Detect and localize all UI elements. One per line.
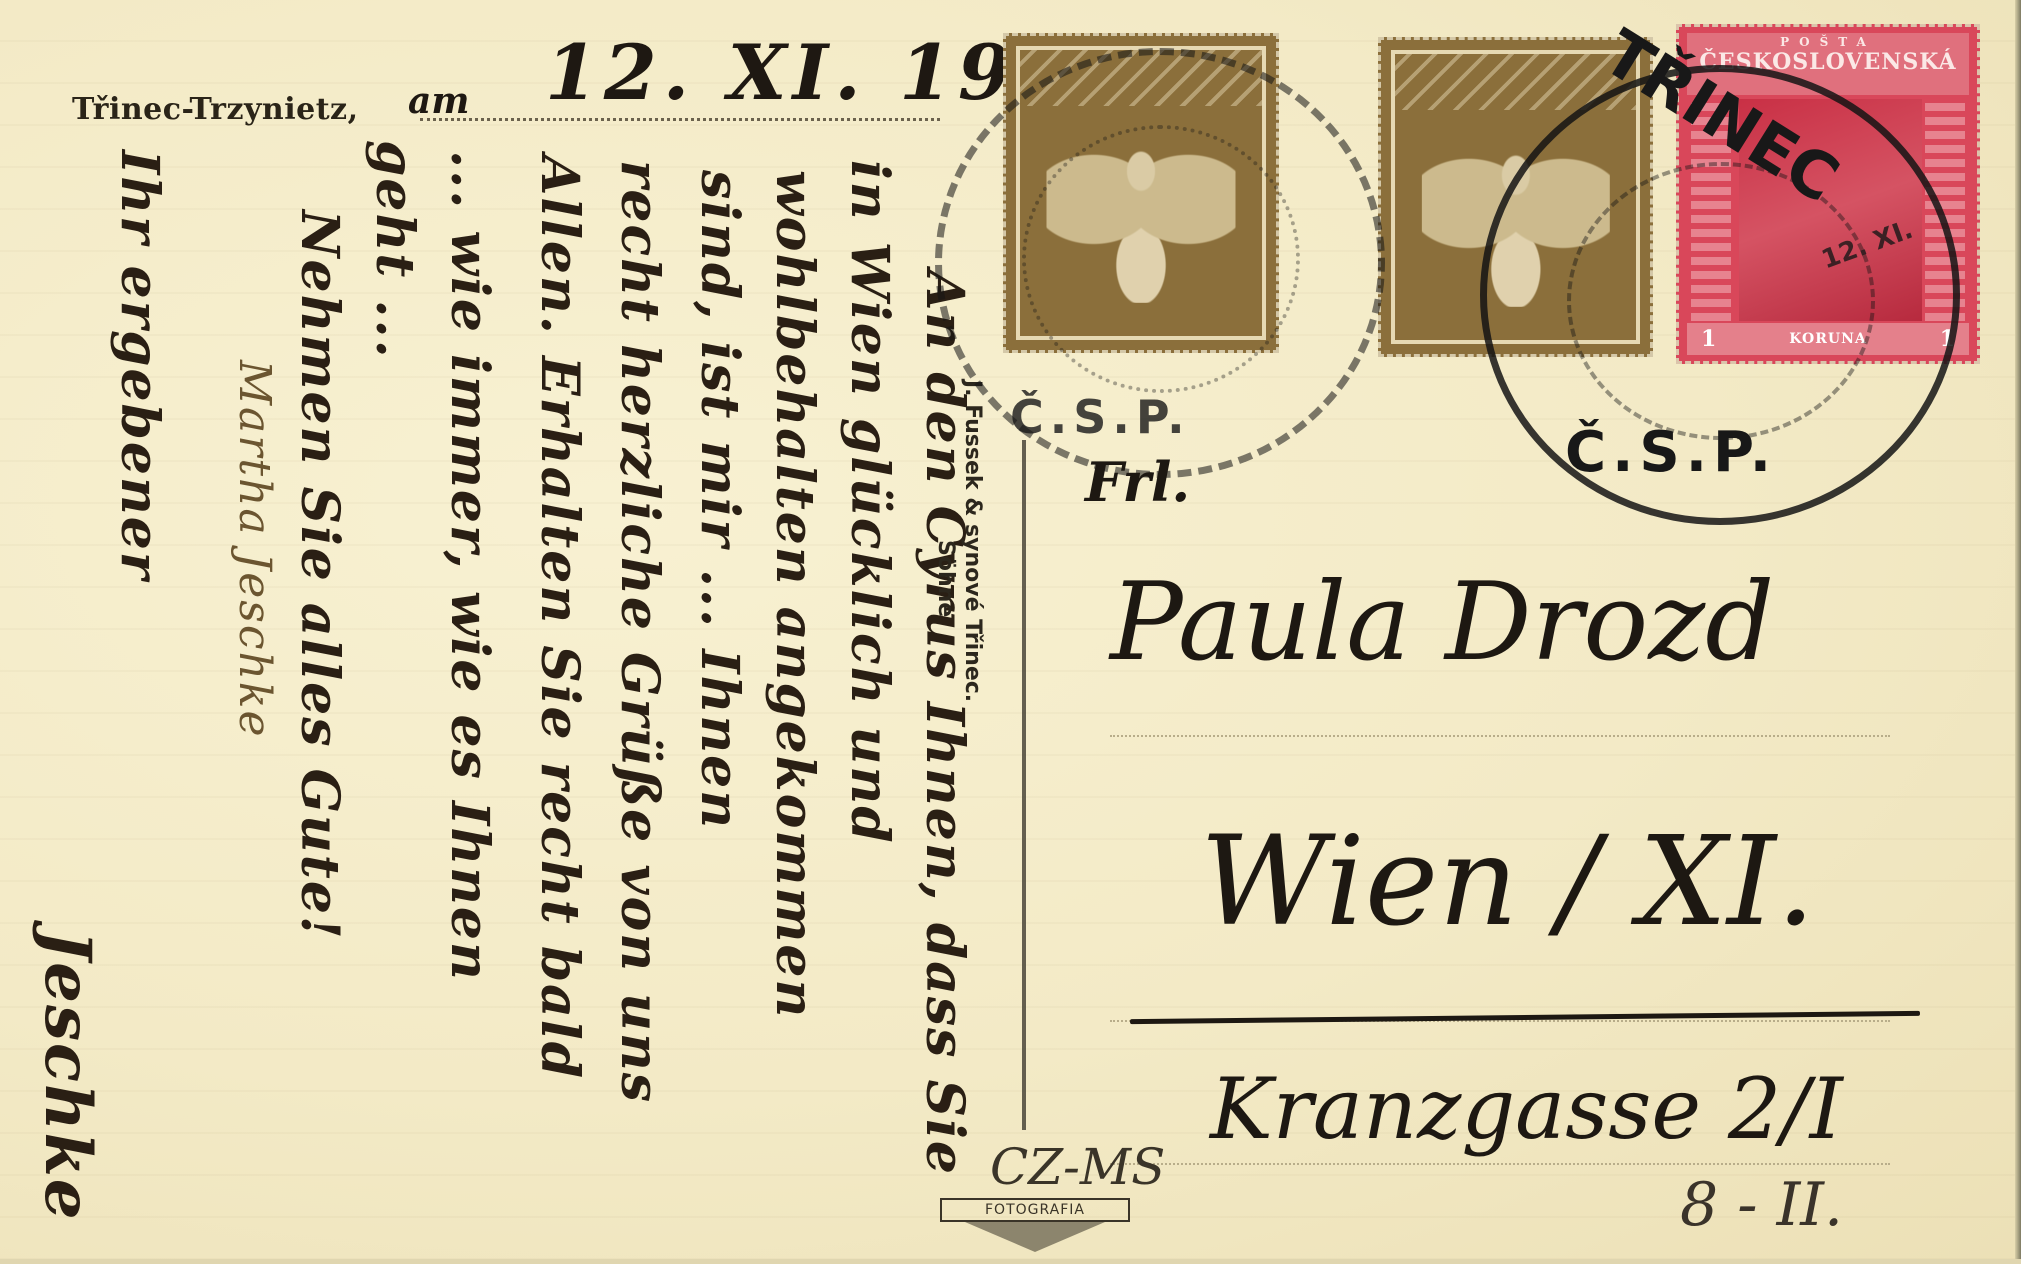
city-underline (1130, 1011, 1920, 1024)
message-line: wohlbehalten angekommen (764, 170, 825, 1019)
publisher-logo: FOTOGRAFIA (940, 1198, 1130, 1256)
printer-line-2: Söhne (933, 380, 958, 702)
recipient-apartment: 8 - II. (1680, 1170, 1843, 1240)
message-line: ... wie immer, wie es Ihnen (439, 150, 500, 982)
message-line: Nehmen Sie alles Gute! (289, 210, 350, 941)
message-line: geht ... (364, 140, 425, 360)
recipient-name: Paula Drozd (1110, 560, 1774, 685)
stamp-header-small: POŠTA (1687, 35, 1969, 49)
message-line: Ihr ergebener (109, 150, 170, 581)
signature: Jeschke (30, 930, 105, 1222)
date-dotted-line (420, 118, 940, 121)
message-line: recht herzliche Grüße von uns (609, 160, 670, 1104)
card-edge-bottom (0, 1259, 2021, 1264)
printer-line-1: J. Fussek & synové Třinec. (960, 380, 985, 702)
postcard: Třinec-Trzynietz, am 12. XI. 1925. An de… (0, 0, 2021, 1264)
card-edge-shadow (2015, 0, 2021, 1264)
fan-icon (965, 1222, 1105, 1252)
recipient-city: Wien / XI. (1200, 810, 1815, 954)
message-line: in Wien glücklich und (839, 160, 900, 845)
postmark-service: Č.S.P. (1565, 420, 1777, 485)
recipient-street: Kranzgasse 2/I (1210, 1060, 1843, 1158)
handwritten-message: An den Cyrus Ihnen, dass Sie in Wien glü… (30, 130, 990, 1250)
date-prefix: am (408, 80, 469, 122)
printer-imprint: J. Fussek & synové Třinec. Söhne (933, 380, 985, 702)
address-prefix: Frl. (1085, 450, 1190, 514)
printed-place-name: Třinec-Trzynietz, (72, 92, 359, 127)
archive-mark: CZ-MS (990, 1138, 1165, 1196)
address-line-3 (1110, 1163, 1890, 1165)
postmark-service-1: Č.S.P. (1010, 390, 1191, 444)
message-line: sind, ist mir ... Ihnen (689, 170, 750, 830)
message-line: Allen. Erhalten Sie recht bald (529, 155, 590, 1080)
publisher-logo-text: FOTOGRAFIA (940, 1198, 1130, 1222)
message-line-faint: Martha Jeschke (229, 360, 280, 739)
center-divider (1022, 440, 1026, 1130)
address-line-1 (1110, 735, 1890, 737)
